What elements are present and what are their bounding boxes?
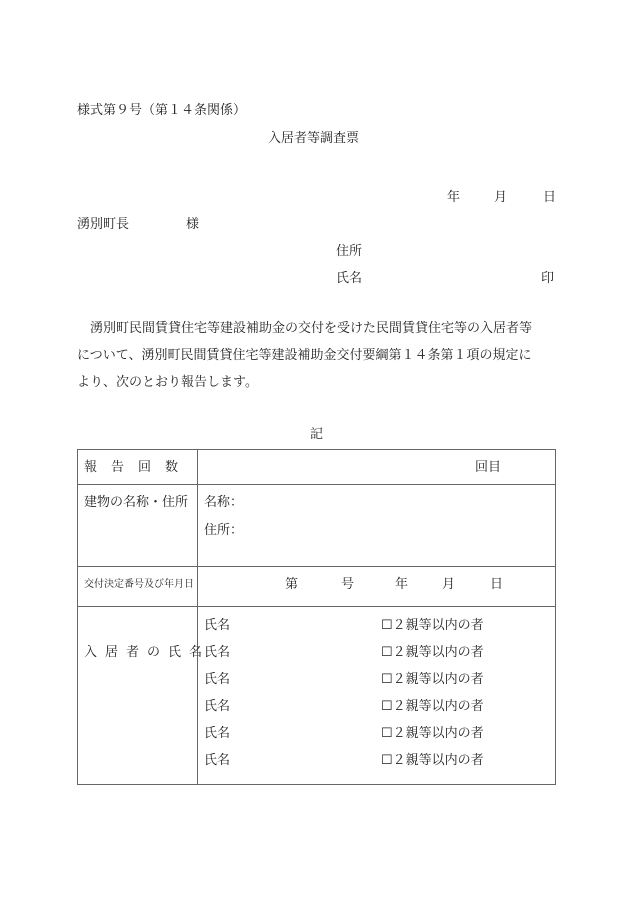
checkbox-icon[interactable]: ☐ — [381, 618, 393, 633]
resident-name-label[interactable]: 氏名 — [204, 672, 230, 688]
checkbox-icon[interactable]: ☐ — [381, 672, 393, 687]
relative-label: ２親等以内の者 — [393, 645, 484, 660]
relative-checkbox[interactable]: ☐２親等以内の者 — [381, 645, 484, 661]
relative-checkbox[interactable]: ☐２親等以内の者 — [381, 726, 484, 742]
seal-mark: 印 — [541, 271, 554, 287]
decision-go: 号 — [341, 577, 354, 593]
checkbox-icon[interactable]: ☐ — [381, 726, 393, 741]
relative-label: ２親等以内の者 — [393, 699, 484, 714]
relative-label: ２親等以内の者 — [393, 726, 484, 741]
body-text-line-2: について、湧別町民間賃貸住宅等建設補助金交付要綱第１４条第１項の規定に — [77, 348, 531, 364]
resident-name-label[interactable]: 氏名 — [204, 618, 230, 634]
date-year: 年 — [447, 190, 460, 206]
building-address-field[interactable]: 住所： — [204, 523, 243, 539]
relative-label: ２親等以内の者 — [393, 672, 484, 687]
resident-name-label[interactable]: 氏名 — [204, 753, 230, 769]
decision-year: 年 — [395, 577, 408, 593]
row-divider — [78, 566, 555, 567]
checkbox-icon[interactable]: ☐ — [381, 699, 393, 714]
addressee-honorific: 様 — [186, 217, 199, 233]
resident-name-label[interactable]: 氏名 — [204, 645, 230, 661]
date-day: 日 — [543, 190, 556, 206]
relative-checkbox[interactable]: ☐２親等以内の者 — [381, 699, 484, 715]
relative-checkbox[interactable]: ☐２親等以内の者 — [381, 672, 484, 688]
form-title: 入居者等調査票 — [268, 131, 359, 147]
body-text-line-3: より、次のとおり報告します。 — [77, 375, 258, 391]
residents-label: 入居者の氏名 — [84, 645, 210, 661]
decision-day: 日 — [490, 577, 503, 593]
building-label: 建物の名称・住所 — [84, 495, 188, 511]
decision-label: 交付決定番号及び年月日 — [84, 577, 194, 593]
ki-heading: 記 — [310, 427, 323, 443]
relative-label: ２親等以内の者 — [393, 618, 484, 633]
relative-checkbox[interactable]: ☐２親等以内の者 — [381, 618, 484, 634]
body-text-line-1: 湧別町民間賃貸住宅等建設補助金の交付を受けた民間賃貸住宅等の入居者等 — [90, 321, 532, 337]
applicant-address-label: 住所 — [336, 244, 362, 260]
relative-checkbox[interactable]: ☐２親等以内の者 — [381, 753, 484, 769]
row-divider — [78, 606, 555, 607]
row-divider — [78, 484, 555, 485]
resident-name-label[interactable]: 氏名 — [204, 699, 230, 715]
date-month: 月 — [494, 190, 507, 206]
form-number: 様式第９号（第１４条関係） — [77, 103, 246, 119]
building-name-field[interactable]: 名称： — [204, 495, 243, 511]
applicant-name-label: 氏名 — [336, 271, 362, 287]
column-divider — [197, 450, 198, 784]
decision-month: 月 — [442, 577, 455, 593]
report-count-label: 報告回数 — [84, 460, 192, 476]
resident-name-label[interactable]: 氏名 — [204, 726, 230, 742]
report-table: 報告回数 回目 建物の名称・住所 名称： 住所： 交付決定番号及び年月日 第 号… — [77, 449, 556, 785]
decision-dai: 第 — [285, 577, 298, 593]
checkbox-icon[interactable]: ☐ — [381, 753, 393, 768]
report-count-unit: 回目 — [475, 460, 501, 476]
checkbox-icon[interactable]: ☐ — [381, 645, 393, 660]
addressee-name: 湧別町長 — [77, 217, 129, 233]
relative-label: ２親等以内の者 — [393, 753, 484, 768]
